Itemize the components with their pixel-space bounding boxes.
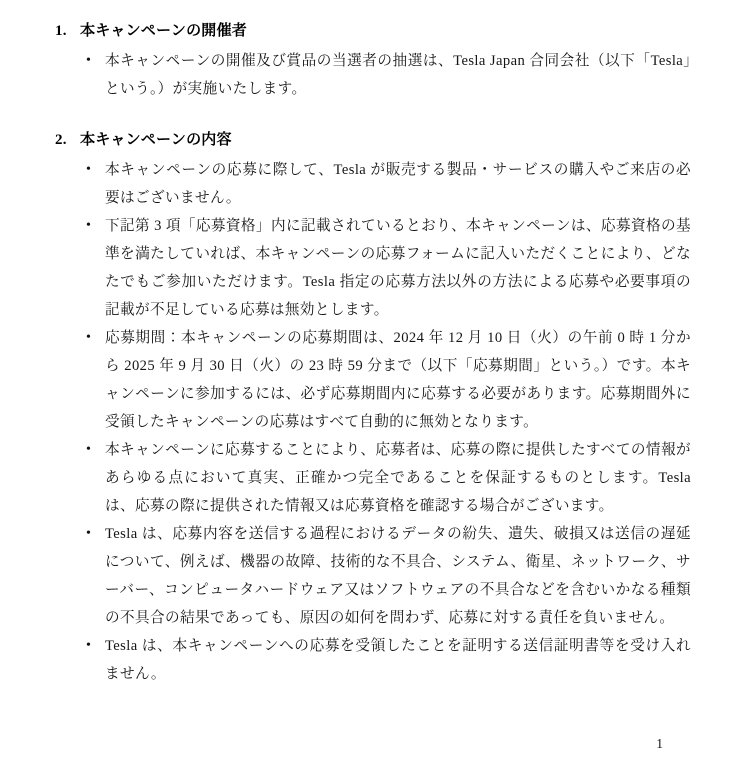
list-item: 本キャンペーンの開催及び賞品の当選者の抽選は、Tesla Japan 合同会社（… bbox=[86, 47, 691, 103]
list-item: 応募期間：本キャンペーンの応募期間は、2024 年 12 月 10 日（火）の午… bbox=[86, 324, 691, 436]
document-content: 1. 本キャンペーンの開催者 本キャンペーンの開催及び賞品の当選者の抽選は、Te… bbox=[55, 18, 691, 688]
bullet-text: 本キャンペーンに応募することにより、応募者は、応募の際に提供したすべての情報があ… bbox=[105, 436, 691, 520]
bullet-icon bbox=[86, 436, 105, 520]
bullet-list: 本キャンペーンの開催及び賞品の当選者の抽選は、Tesla Japan 合同会社（… bbox=[55, 47, 691, 103]
bullet-icon bbox=[86, 47, 105, 103]
list-item: 下記第 3 項「応募資格」内に記載されているとおり、本キャンペーンは、応募資格の… bbox=[86, 212, 691, 324]
bullet-icon bbox=[86, 156, 105, 212]
bullet-list: 本キャンペーンの応募に際して、Tesla が販売する製品・サービスの購入やご来店… bbox=[55, 156, 691, 688]
page-number: 1 bbox=[656, 736, 663, 752]
bullet-text: 本キャンペーンの開催及び賞品の当選者の抽選は、Tesla Japan 合同会社（… bbox=[105, 47, 691, 103]
section-campaign-details: 2. 本キャンペーンの内容 本キャンペーンの応募に際して、Tesla が販売する… bbox=[55, 127, 691, 688]
list-item: 本キャンペーンの応募に際して、Tesla が販売する製品・サービスの購入やご来店… bbox=[86, 156, 691, 212]
bullet-text: 下記第 3 項「応募資格」内に記載されているとおり、本キャンペーンは、応募資格の… bbox=[105, 212, 691, 324]
section-heading: 2. 本キャンペーンの内容 bbox=[55, 127, 691, 153]
section-title: 本キャンペーンの内容 bbox=[80, 127, 232, 153]
list-item: 本キャンペーンに応募することにより、応募者は、応募の際に提供したすべての情報があ… bbox=[86, 436, 691, 520]
document-page: 1. 本キャンペーンの開催者 本キャンペーンの開催及び賞品の当選者の抽選は、Te… bbox=[0, 0, 747, 780]
list-item: Tesla は、本キャンペーンへの応募を受領したことを証明する送信証明書等を受け… bbox=[86, 632, 691, 688]
bullet-text: 応募期間：本キャンペーンの応募期間は、2024 年 12 月 10 日（火）の午… bbox=[105, 324, 691, 436]
section-title: 本キャンペーンの開催者 bbox=[80, 18, 247, 44]
bullet-icon bbox=[86, 324, 105, 436]
list-item: Tesla は、応募内容を送信する過程におけるデータの紛失、遺失、破損又は送信の… bbox=[86, 520, 691, 632]
section-number: 1. bbox=[55, 18, 80, 44]
section-heading: 1. 本キャンペーンの開催者 bbox=[55, 18, 691, 44]
section-number: 2. bbox=[55, 127, 80, 153]
bullet-icon bbox=[86, 520, 105, 632]
section-campaign-organizer: 1. 本キャンペーンの開催者 本キャンペーンの開催及び賞品の当選者の抽選は、Te… bbox=[55, 18, 691, 103]
bullet-text: Tesla は、応募内容を送信する過程におけるデータの紛失、遺失、破損又は送信の… bbox=[105, 520, 691, 632]
bullet-text: Tesla は、本キャンペーンへの応募を受領したことを証明する送信証明書等を受け… bbox=[105, 632, 691, 688]
bullet-icon bbox=[86, 212, 105, 324]
bullet-icon bbox=[86, 632, 105, 688]
bullet-text: 本キャンペーンの応募に際して、Tesla が販売する製品・サービスの購入やご来店… bbox=[105, 156, 691, 212]
